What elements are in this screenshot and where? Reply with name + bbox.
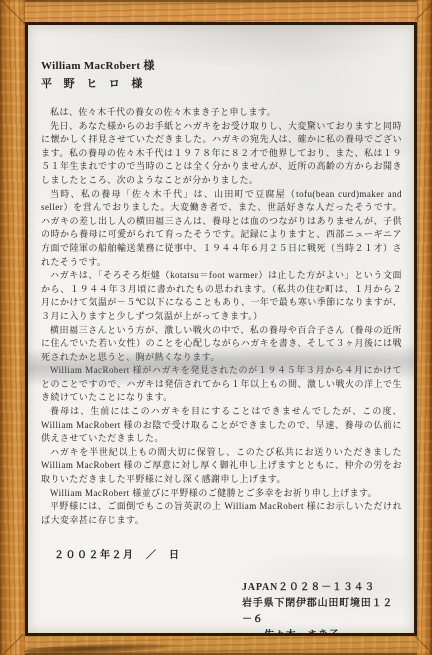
sender-name: 佐々木 まき子 xyxy=(242,628,402,636)
letter-paragraph: William MacRobert 様がハガキを発見されたのが１９４５年３月から… xyxy=(41,364,402,405)
letter-body: 私は、佐々木千代の養女の佐々木まき子と申します。先日、あなた様からのお手紙とハガ… xyxy=(41,106,402,527)
letter-paragraph: 養母は、生前にはこのハガキを目にすることはできませんでしたが、この度、Willi… xyxy=(41,405,402,446)
date-line: ２００２年２月 ／ 日 xyxy=(54,546,402,561)
letter-paragraph: William MacRobert 様並びに平野様のご健勝とご多幸をお祈り申し上… xyxy=(41,487,402,501)
recipient-block: William MacRobert 様平 野 ヒ ロ 様 xyxy=(41,57,402,93)
letter-paragraph: 先日、あなた様からのお手紙とハガキをお受け取りし、大変驚いておりますと同時に懐か… xyxy=(41,120,402,188)
sender-block: JAPAN２０２８－１３４３ 岩手県下閉伊郡山田町境田１２－６ 佐々木 まき子 xyxy=(242,580,402,636)
letter-paragraph: ハガキは、「そろそろ炬燵（kotatsu＝foot warmer）は止した方がよ… xyxy=(41,269,402,323)
photo-frame: William MacRobert 様平 野 ヒ ロ 様 私は、佐々木千代の養女… xyxy=(0,0,432,655)
letter-paragraph: 平野様には、ご面倒でもこの旨英訳の上 William MacRobert 様にお… xyxy=(41,500,402,527)
recipient-line: William MacRobert 様 xyxy=(41,57,402,75)
letter-paragraph: 横田福三さんという方が、激しい戦火の中で、私の養母や百合子さん（養母の近所に住ん… xyxy=(41,324,402,365)
letter-paragraph: 当時、私の養母「佐々木千代」は、山田町で豆腐屋（tofu(bean curd)m… xyxy=(41,188,402,270)
sender-address: 岩手県下閉伊郡山田町境田１２－６ xyxy=(242,596,402,628)
wood-grain-streak xyxy=(24,641,174,655)
letter-paragraph: 私は、佐々木千代の養女の佐々木まき子と申します。 xyxy=(41,106,402,120)
letter-paragraph: ハガキを半世紀以上もの間大切に保管し、このたび私共にお送りいただきました Wil… xyxy=(41,446,402,487)
letter-paper: William MacRobert 様平 野 ヒ ロ 様 私は、佐々木千代の養女… xyxy=(25,22,417,636)
frame-side-left xyxy=(0,0,25,655)
recipient-line: 平 野 ヒ ロ 様 xyxy=(41,75,402,93)
letter-content: William MacRobert 様平 野 ヒ ロ 様 私は、佐々木千代の養女… xyxy=(28,25,414,633)
sender-postal-code: JAPAN２０２８－１３４３ xyxy=(242,580,402,596)
frame-side-right xyxy=(417,0,432,655)
